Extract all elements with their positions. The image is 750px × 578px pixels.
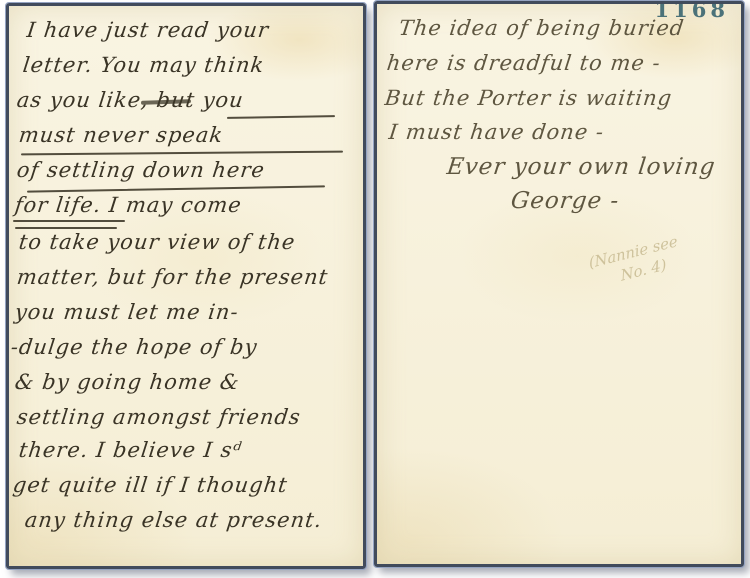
handwriting-line: But the Porter is waiting: [384, 86, 674, 110]
letter-scan: I have just read your letter. You may th…: [0, 0, 750, 578]
handwriting-line: & by going home &: [14, 370, 242, 394]
handwriting-line: settling amongst friends: [16, 405, 303, 429]
ink-underline-must-never-speak: [21, 151, 343, 156]
handwriting-line: must never speak: [18, 123, 225, 147]
handwriting-line: of settling down here: [16, 158, 267, 182]
ink-underline-of-settling: [27, 185, 325, 192]
letter-page-right: 1168 The idea of being buried here is dr…: [374, 1, 744, 567]
handwriting-line: The idea of being buried: [398, 16, 686, 40]
signature-george: George -: [509, 188, 620, 214]
handwriting-line: any thing else at present.: [24, 508, 324, 532]
ink-underline-for-life-1: [13, 220, 125, 222]
handwriting-line: to take your view of the: [18, 230, 297, 254]
handwriting-line: there. I believe I sᵈ: [18, 438, 244, 462]
handwriting-line: get quite ill if I thought: [12, 473, 290, 497]
ink-underline-you: [227, 115, 335, 119]
handwriting-line: as you like, but you: [16, 88, 246, 112]
handwriting-line: matter, but for the present: [16, 265, 330, 289]
handwriting-line: letter. You may think: [22, 53, 266, 77]
handwriting-line: I must have done -: [388, 120, 606, 144]
handwriting-line: you must let me in-: [14, 300, 241, 324]
pencil-annotation: (Nannie see No. 4): [588, 231, 682, 293]
closing-line: Ever your own loving: [445, 154, 717, 180]
handwriting-line: -dulge the hope of by: [10, 335, 259, 359]
ink-underline-for-life-2: [15, 227, 117, 229]
letter-page-left: I have just read your letter. You may th…: [6, 3, 366, 569]
handwriting-line: for life. I may come: [14, 193, 244, 217]
handwriting-line: here is dreadful to me -: [386, 51, 663, 75]
handwriting-line: I have just read your: [26, 18, 271, 42]
